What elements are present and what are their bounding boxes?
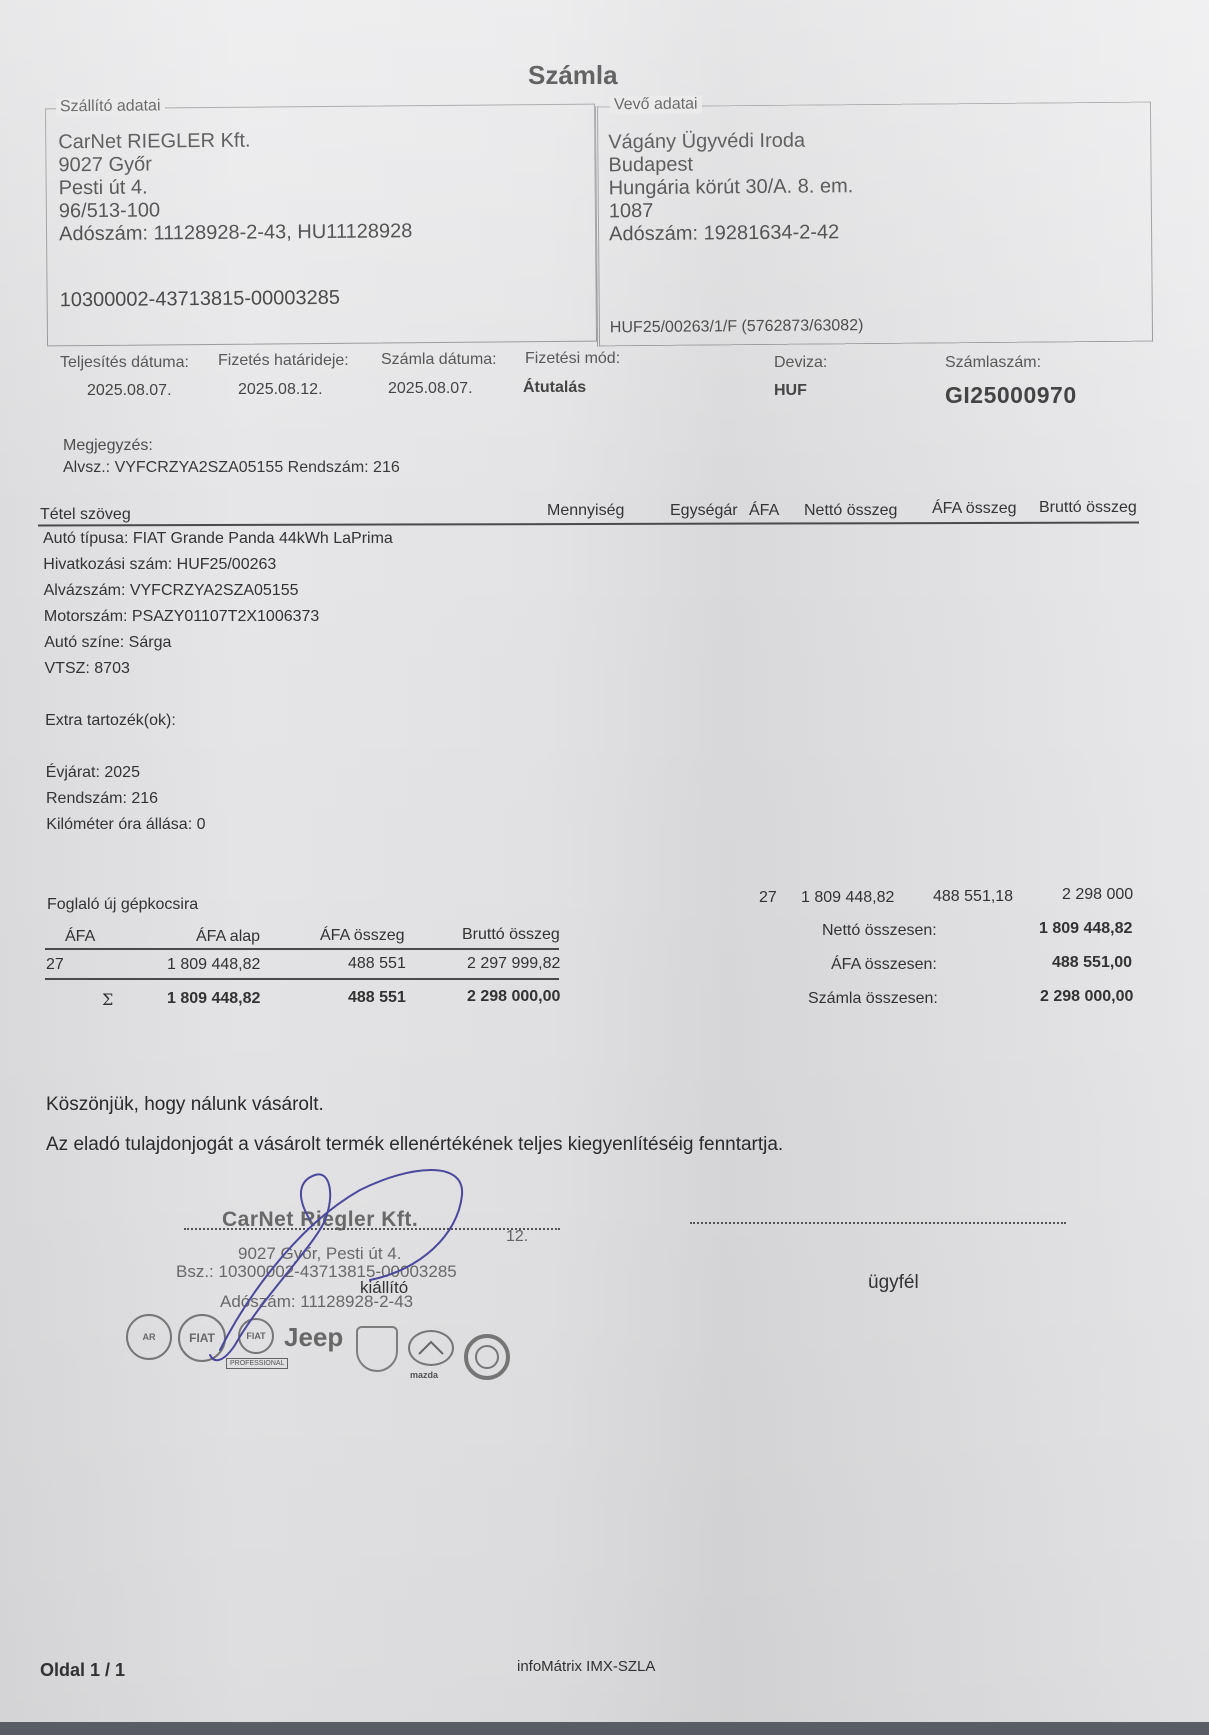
- item-description-line: Rendszám: 216: [46, 790, 158, 808]
- item-description-line: VTSZ: 8703: [45, 660, 130, 678]
- col-header-quantity: Mennyiség: [547, 502, 624, 520]
- sum-symbol: Σ: [102, 990, 113, 1009]
- buyer-tax-id: Adószám: 19281634-2-42: [609, 221, 854, 246]
- thanks-text: Köszönjük, hogy nálunk vásárolt.: [46, 1094, 324, 1116]
- vat-header-rule: [45, 948, 559, 950]
- col-header-description: Tétel szöveg: [40, 506, 131, 524]
- alfa-romeo-logo-icon: AR: [126, 1314, 172, 1360]
- line-item-text: Foglaló új gépkocsira: [47, 896, 198, 914]
- totals-net-label: Nettó összesen:: [822, 922, 937, 940]
- totals-gross-label: Számla összesen:: [808, 990, 938, 1008]
- totals-vat-label: ÁFA összesen:: [831, 956, 937, 974]
- supplier-box: Szállító adatai CarNet RIEGLER Kft. 9027…: [45, 104, 597, 347]
- supplier-tax-id: Adószám: 11128928-2-43, HU11128928: [59, 220, 412, 246]
- supplier-city: 9027 Győr: [58, 151, 411, 177]
- meta-label-due: Fizetés határideje:: [218, 352, 349, 370]
- item-description-line: Extra tartozék(ok):: [45, 712, 176, 730]
- vat-header-gross: Bruttó összeg: [462, 926, 560, 944]
- supplier-bank-account: 10300002-43713815-00003285: [60, 287, 340, 312]
- customer-label: ügyfél: [868, 1272, 919, 1294]
- vat-header-amount: ÁFA összeg: [320, 927, 405, 945]
- meta-value-invoice-date: 2025.08.07.: [388, 380, 473, 398]
- note-text: Alvsz.: VYFCRZYA2SZA05155 Rendszám: 216: [63, 459, 400, 477]
- page-indicator: Oldal 1 / 1: [40, 1660, 125, 1681]
- col-header-unit-price: Egységár: [670, 502, 738, 520]
- vat-header-rate: ÁFA: [65, 928, 95, 946]
- col-header-net: Nettó összeg: [804, 502, 897, 520]
- item-description-line: Autó színe: Sárga: [44, 634, 171, 652]
- vat-total-amount: 488 551: [348, 989, 406, 1007]
- invoice-page: Számla Szállító adatai CarNet RIEGLER Kf…: [0, 0, 1209, 1722]
- item-description-line: Motorszám: PSAZY01107T2X1006373: [44, 608, 319, 626]
- software-name: infoMátrix IMX-SZLA: [517, 1658, 655, 1675]
- meta-label-invoice-date: Számla dátuma:: [381, 351, 497, 369]
- signature-date-fragment: 12.: [506, 1228, 528, 1246]
- mazda-label: mazda: [410, 1370, 438, 1380]
- vat-header-base: ÁFA alap: [196, 928, 260, 946]
- vat-row-amount: 488 551: [348, 955, 406, 973]
- col-header-vat-rate: ÁFA: [749, 502, 779, 520]
- note-label: Megjegyzés:: [63, 437, 153, 455]
- line-item-vat: 488 551,18: [933, 888, 1013, 906]
- vat-row-base: 1 809 448,82: [167, 956, 260, 974]
- item-description-line: Autó típusa: FIAT Grande Panda 44kWh LaP…: [43, 530, 393, 548]
- item-description-line: Kilóméter óra állása: 0: [46, 816, 205, 834]
- meta-value-currency: HUF: [774, 382, 807, 400]
- meta-label-invoice-number: Számlaszám:: [945, 354, 1041, 372]
- meta-label-payment-method: Fizetési mód:: [525, 350, 620, 368]
- buyer-box: Vevő adatai Vágány Ügyvédi Iroda Budapes…: [595, 102, 1153, 347]
- buyer-city: Budapest: [608, 152, 853, 177]
- item-description-line: Évjárat: 2025: [46, 764, 140, 782]
- supplier-street: Pesti út 4.: [59, 174, 412, 200]
- document-title: Számla: [528, 60, 618, 91]
- totals-net-value: 1 809 448,82: [1039, 920, 1132, 938]
- buyer-name: Vágány Ügyvédi Iroda: [608, 129, 853, 154]
- buyer-legend: Vevő adatai: [610, 96, 702, 115]
- meta-label-fulfillment: Teljesítés dátuma:: [60, 354, 189, 372]
- buyer-reference: HUF25/00263/1/F (5762873/63082): [610, 317, 864, 337]
- invoice-number: GI25000970: [945, 382, 1077, 409]
- line-item-net: 1 809 448,82: [801, 889, 894, 907]
- items-header-rule: [38, 522, 1139, 527]
- vat-row-gross: 2 297 999,82: [467, 955, 560, 973]
- line-item-gross: 2 298 000: [1062, 886, 1133, 904]
- buyer-zip: 1087: [609, 198, 854, 223]
- supplier-phone: 96/513-100: [59, 197, 412, 223]
- vat-total-rule: [45, 978, 559, 980]
- totals-gross-value: 2 298 000,00: [1040, 988, 1133, 1006]
- handwritten-signature: [200, 1150, 480, 1370]
- item-description-line: Alvázszám: VYFCRZYA2SZA05155: [44, 582, 299, 600]
- item-description-line: Hivatkozási szám: HUF25/00263: [43, 556, 276, 574]
- buyer-street: Hungária körút 30/A. 8. em.: [609, 175, 854, 200]
- col-header-gross: Bruttó összeg: [1039, 499, 1137, 517]
- meta-value-due: 2025.08.12.: [238, 381, 323, 399]
- customer-signature-line: [690, 1222, 1066, 1224]
- meta-label-currency: Deviza:: [774, 354, 827, 372]
- vat-total-gross: 2 298 000,00: [467, 988, 560, 1006]
- meta-value-fulfillment: 2025.08.07.: [87, 382, 172, 400]
- supplier-legend: Szállító adatai: [56, 97, 165, 116]
- col-header-vat-amount: ÁFA összeg: [932, 500, 1017, 518]
- vat-total-base: 1 809 448,82: [167, 990, 260, 1008]
- line-item-vat-rate: 27: [759, 889, 777, 907]
- supplier-name: CarNet RIEGLER Kft.: [58, 128, 411, 154]
- vat-row-rate: 27: [46, 956, 64, 974]
- totals-vat-value: 488 551,00: [1052, 954, 1132, 972]
- meta-value-payment-method: Átutalás: [523, 379, 586, 397]
